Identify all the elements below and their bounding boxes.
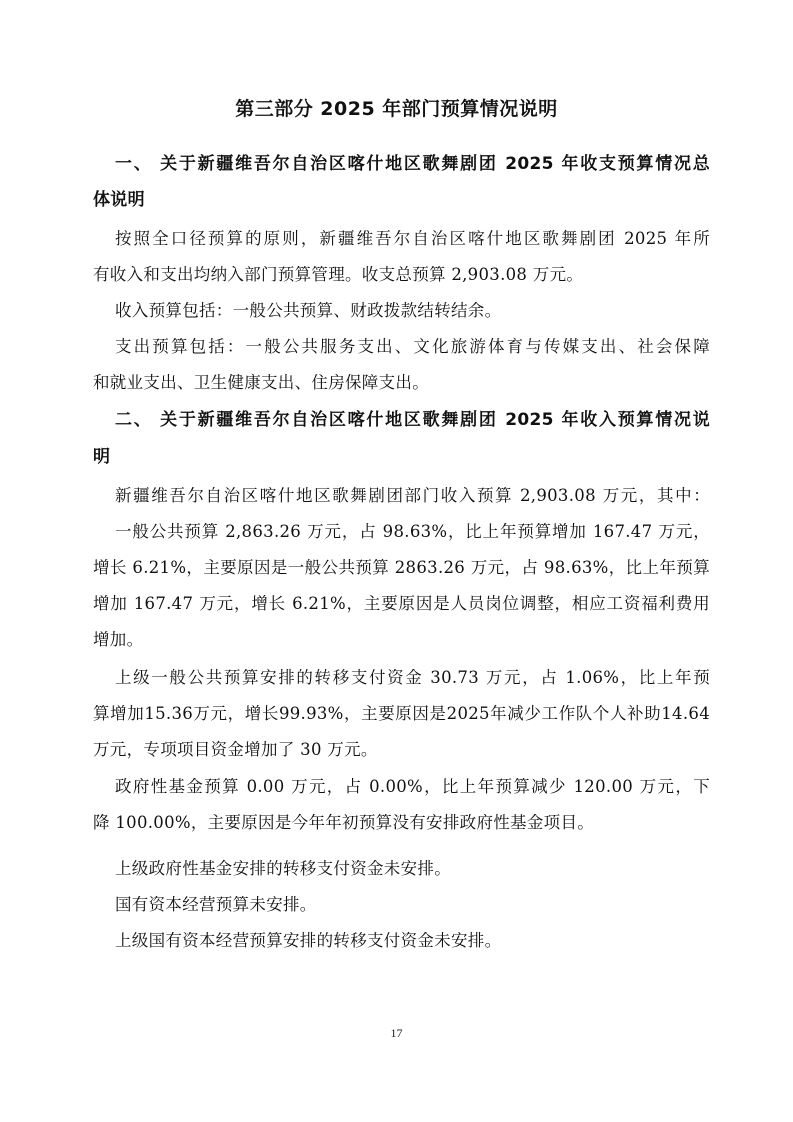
section-2-heading-line-1: 二、 关于新疆维吾尔自治区喀什地区歌舞剧团 2025 年收入预算情况说 (115, 406, 710, 434)
paragraph-line: 一般公共预算 2,863.26 万元，占 98.63%，比上年预算增加 167.… (115, 518, 710, 546)
paragraph-line: 上级政府性基金安排的转移支付资金未安排。 (115, 855, 735, 883)
paragraph-line: 万元，专项项目资金增加了 30 万元。 (93, 736, 713, 764)
paragraph-line: 增长 6.21%，主要原因是一般公共预算 2863.26 万元，占 98.63%… (93, 554, 710, 582)
paragraph-line: 有收入和支出均纳入部门预算管理。收支总预算 2,903.08 万元。 (93, 261, 713, 289)
paragraph-line: 上级一般公共预算安排的转移支付资金 30.73 万元，占 1.06%，比上年预 (115, 664, 710, 692)
page-number: 17 (0, 1024, 793, 1042)
paragraph-line: 支出预算包括：一般公共服务支出、文化旅游体育与传媒支出、社会保障 (115, 333, 710, 361)
paragraph-line: 新疆维吾尔自治区喀什地区歌舞剧团部门收入预算 2,903.08 万元，其中： (115, 482, 710, 510)
paragraph-line: 上级国有资本经营预算安排的转移支付资金未安排。 (115, 927, 735, 955)
section-1-heading-line-1: 一、 关于新疆维吾尔自治区喀什地区歌舞剧团 2025 年收支预算情况总 (115, 150, 710, 178)
paragraph-line: 增加。 (93, 626, 713, 654)
section-2-heading-line-2: 明 (93, 443, 713, 471)
paragraph-line: 增加 167.47 万元，增长 6.21%，主要原因是人员岗位调整，相应工资福利… (93, 590, 710, 618)
paragraph-line: 收入预算包括：一般公共预算、财政拨款结转结余。 (115, 297, 735, 325)
document-page: 第三部分 2025 年部门预算情况说明 一、 关于新疆维吾尔自治区喀什地区歌舞剧… (0, 0, 793, 1122)
paragraph-line: 政府性基金预算 0.00 万元，占 0.00%，比上年预算减少 120.00 万… (115, 773, 710, 801)
page-title: 第三部分 2025 年部门预算情况说明 (0, 94, 793, 124)
section-1-heading-line-2: 体说明 (93, 186, 713, 214)
paragraph-line: 国有资本经营预算未安排。 (115, 891, 735, 919)
paragraph-line: 算增加15.36万元，增长99.93%，主要原因是2025年减少工作队个人补助1… (93, 700, 710, 728)
paragraph-line: 降 100.00%，主要原因是今年年初预算没有安排政府性基金项目。 (93, 809, 713, 837)
paragraph-line: 按照全口径预算的原则，新疆维吾尔自治区喀什地区歌舞剧团 2025 年所 (115, 225, 710, 253)
paragraph-line: 和就业支出、卫生健康支出、住房保障支出。 (93, 369, 713, 397)
